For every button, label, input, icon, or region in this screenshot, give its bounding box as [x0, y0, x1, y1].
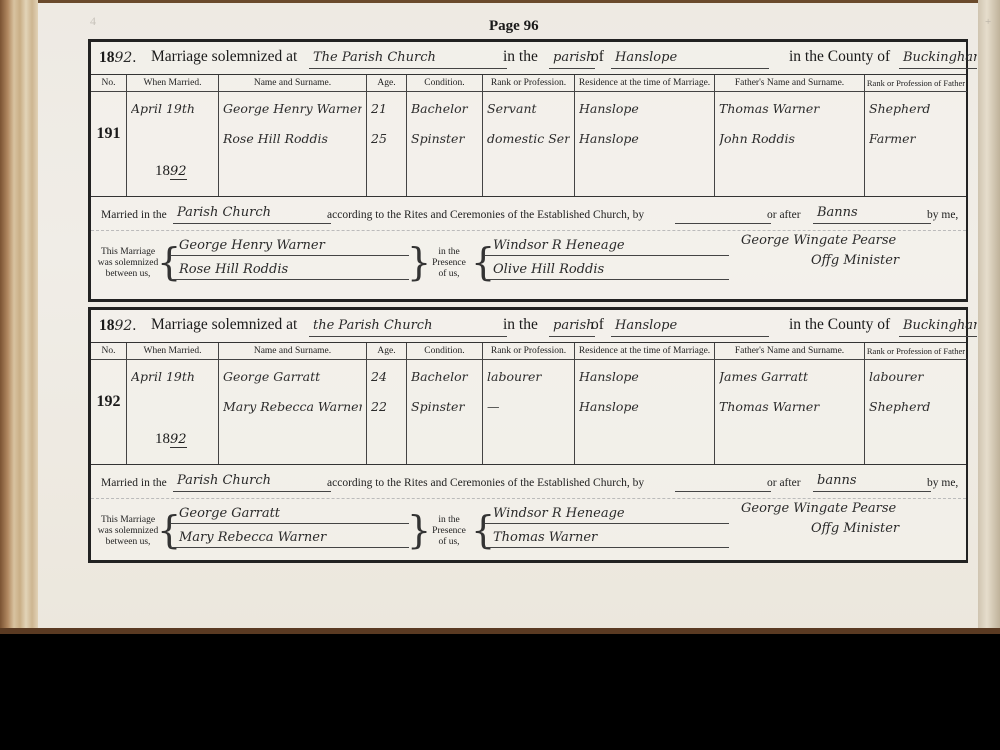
marriage-entry-192: 1892. Marriage solemnized at the Parish …	[88, 307, 968, 563]
bride-condition: Spinster	[411, 399, 478, 414]
banns-field: banns	[813, 471, 931, 492]
entry-header: 1892. Marriage solemnized at The Parish …	[99, 48, 962, 74]
bride-age: 22	[371, 399, 402, 414]
book-spine-edge	[0, 0, 40, 632]
district-field: Hanslope	[611, 316, 769, 337]
groom-age: 24	[371, 369, 402, 384]
entry-header: 1892. Marriage solemnized at the Parish …	[99, 316, 962, 342]
minister-signature: George Wingate Pearse	[741, 501, 896, 516]
label-solemnized-at: Marriage solemnized at	[151, 316, 297, 334]
place-field: The Parish Church	[309, 48, 507, 69]
signature-bride: Rose Hill Roddis	[171, 259, 409, 280]
groom-rank: Servant	[487, 101, 570, 116]
col-no: No. 192	[91, 343, 127, 465]
signature-bride: Mary Rebecca Warner	[171, 527, 409, 548]
corner-mark-right: +	[985, 16, 991, 28]
bride-residence: Hanslope	[579, 399, 710, 414]
groom-residence: Hanslope	[579, 101, 710, 116]
signature-witness-1: Windsor R Heneage	[485, 235, 729, 256]
groom-residence: Hanslope	[579, 369, 710, 384]
col-father: Father's Name and Surname. James Garratt…	[715, 343, 865, 465]
col-when-married: When Married. April 19th 1892	[127, 75, 219, 197]
bride-rank: domestic Servant	[487, 131, 570, 146]
entry-number: 191	[91, 125, 126, 143]
signatures-section: This Marriage was solemnized between us,…	[91, 498, 966, 565]
year-printed: 1892	[155, 431, 187, 448]
entry-table: No. 191 When Married. April 19th 1892 Na…	[91, 74, 966, 197]
col-age: Age. 21 25	[367, 75, 407, 197]
married-in-field: Parish Church	[173, 203, 331, 224]
groom-name: George Henry Warner	[223, 101, 362, 116]
label-in-the: in the	[503, 48, 538, 66]
signature-witness-2: Thomas Warner	[485, 527, 729, 548]
col-condition: Condition. Bachelor Spinster	[407, 343, 483, 465]
label-solemnized-at: Marriage solemnized at	[151, 48, 297, 66]
bride-father: John Roddis	[719, 131, 860, 146]
groom-name: George Garratt	[223, 369, 362, 384]
groom-father-rank: labourer	[869, 369, 963, 384]
signature-witness-2: Olive Hill Roddis	[485, 259, 729, 280]
label-county: in the County of	[789, 48, 890, 66]
page-number: Page 96	[489, 18, 539, 35]
married-in-line: Married in the Parish Church according t…	[91, 464, 966, 499]
place-field: the Parish Church	[309, 316, 507, 337]
entry-number: 192	[91, 393, 126, 411]
label-of: of	[591, 316, 604, 334]
label-in-the: in the	[503, 316, 538, 334]
groom-father: James Garratt	[719, 369, 860, 384]
groom-father: Thomas Warner	[719, 101, 860, 116]
bride-father-rank: Shepherd	[869, 399, 963, 414]
groom-age: 21	[371, 101, 402, 116]
col-father-rank: Rank or Profession of Father Shepherd Fa…	[865, 75, 967, 197]
when-married: April 19th	[131, 101, 214, 116]
licence-field	[675, 203, 771, 224]
minister-signature: George Wingate Pearse	[741, 233, 896, 248]
signature-groom: George Garratt	[171, 503, 409, 524]
bride-condition: Spinster	[411, 131, 478, 146]
minister-title: Offg Minister	[811, 521, 899, 536]
col-rank: Rank or Profession. labourer —	[483, 343, 575, 465]
entry-table: No. 192 When Married. April 19th 1892 Na…	[91, 342, 966, 465]
col-name: Name and Surname. George Garratt Mary Re…	[219, 343, 367, 465]
minister-title: Offg Minister	[811, 253, 899, 268]
col-no: No. 191	[91, 75, 127, 197]
signature-witness-1: Windsor R Heneage	[485, 503, 729, 524]
licence-field	[675, 471, 771, 492]
col-age: Age. 24 22	[367, 343, 407, 465]
bride-name: Rose Hill Roddis	[223, 131, 362, 146]
bride-father-rank: Farmer	[869, 131, 963, 146]
col-father: Father's Name and Surname. Thomas Warner…	[715, 75, 865, 197]
col-name: Name and Surname. George Henry Warner Ro…	[219, 75, 367, 197]
bride-name: Mary Rebecca Warner	[223, 399, 362, 414]
groom-condition: Bachelor	[411, 101, 478, 116]
year-label: 1892.	[99, 48, 136, 68]
banns-field: Banns	[813, 203, 931, 224]
bride-residence: Hanslope	[579, 131, 710, 146]
col-rank: Rank or Profession. Servant domestic Ser…	[483, 75, 575, 197]
groom-father-rank: Shepherd	[869, 101, 963, 116]
bride-age: 25	[371, 131, 402, 146]
label-county: in the County of	[789, 316, 890, 334]
married-in-line: Married in the Parish Church according t…	[91, 196, 966, 231]
col-father-rank: Rank or Profession of Father labourer Sh…	[865, 343, 967, 465]
signature-groom: George Henry Warner	[171, 235, 409, 256]
col-residence: Residence at the time of Marriage. Hansl…	[575, 343, 715, 465]
next-page-edge	[978, 0, 1000, 632]
marriage-entry-191: 1892. Marriage solemnized at The Parish …	[88, 39, 968, 302]
district-type-field: parish	[549, 316, 595, 337]
year-printed: 1892	[155, 163, 187, 180]
district-field: Hanslope	[611, 48, 769, 69]
groom-condition: Bachelor	[411, 369, 478, 384]
county-field: Buckingham.	[899, 316, 977, 337]
county-field: Buckingham	[899, 48, 977, 69]
when-married: April 19th	[131, 369, 214, 384]
bride-father: Thomas Warner	[719, 399, 860, 414]
year-label: 1892.	[99, 316, 136, 336]
bride-rank: —	[487, 399, 570, 414]
groom-rank: labourer	[487, 369, 570, 384]
signatures-section: This Marriage was solemnized between us,…	[91, 230, 966, 297]
col-when-married: When Married. April 19th 1892	[127, 343, 219, 465]
married-in-field: Parish Church	[173, 471, 331, 492]
corner-mark: 4	[90, 14, 96, 29]
district-type-field: parish	[549, 48, 595, 69]
page-bottom-edge	[0, 628, 1000, 634]
label-of: of	[591, 48, 604, 66]
col-residence: Residence at the time of Marriage. Hansl…	[575, 75, 715, 197]
col-condition: Condition. Bachelor Spinster	[407, 75, 483, 197]
